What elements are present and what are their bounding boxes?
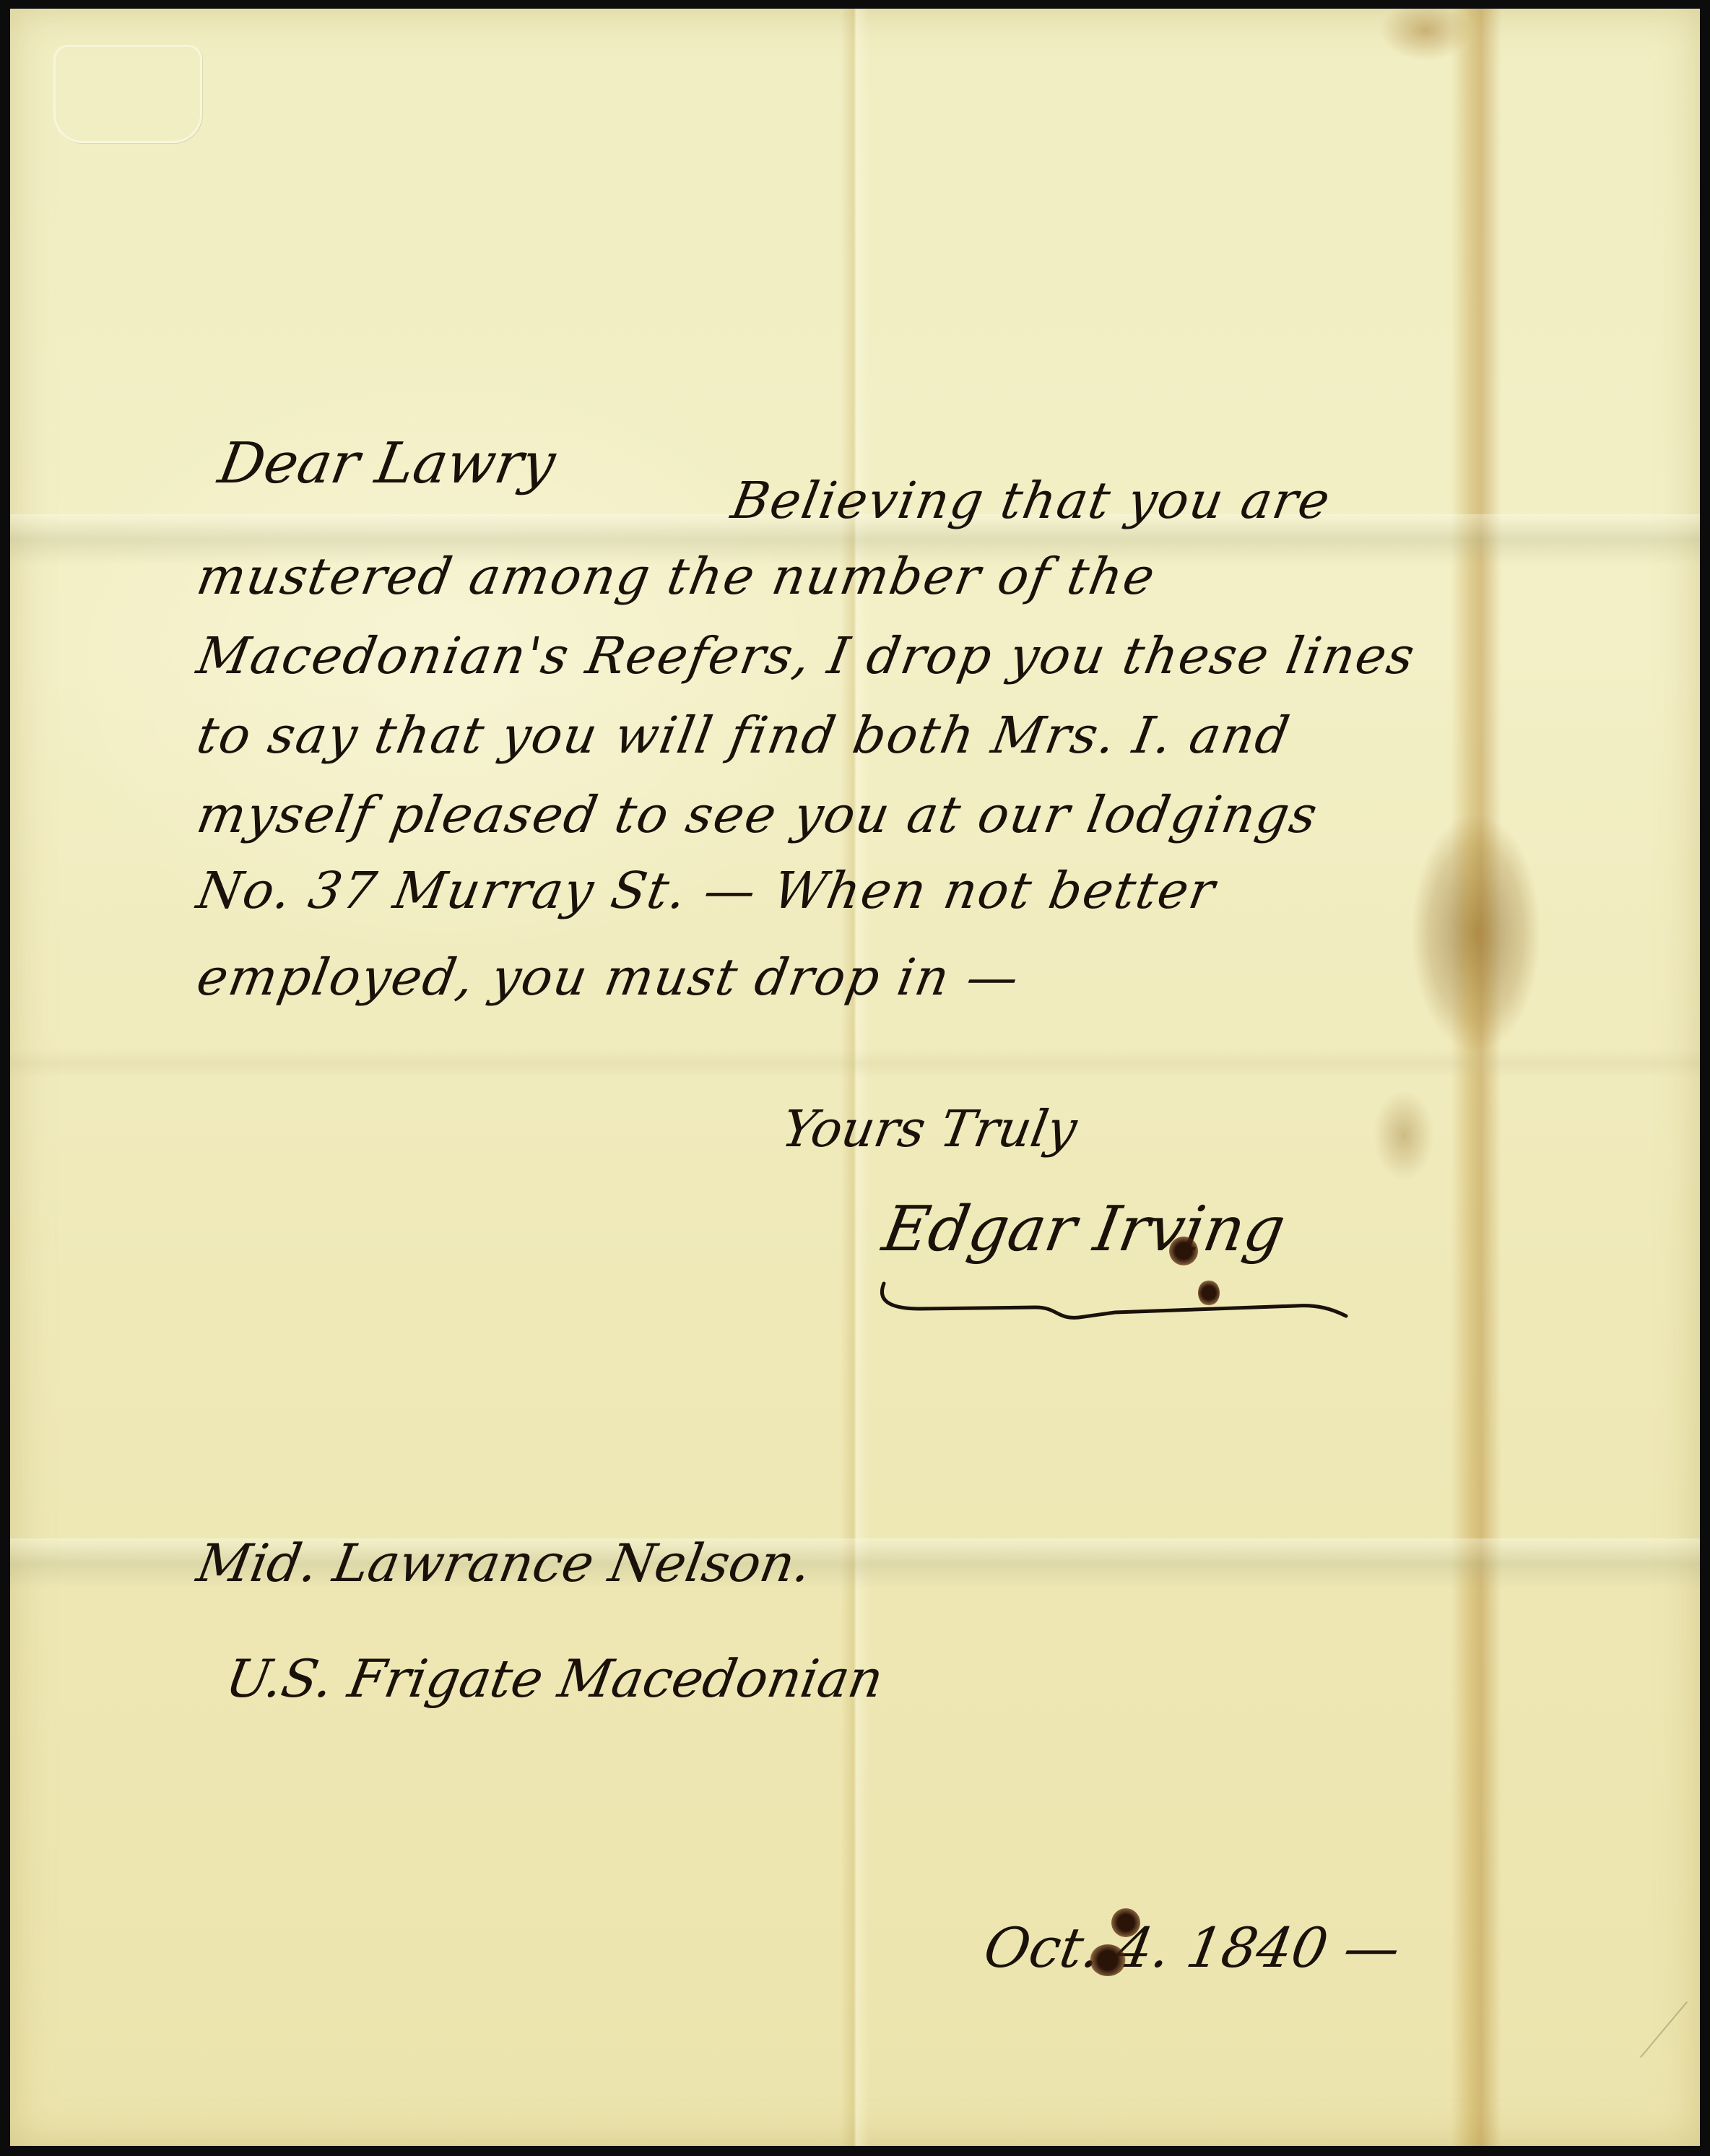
body-line-4: to say that you will find both Mrs. I. a… bbox=[193, 706, 1295, 765]
body-line-5: myself pleased to see you at our lodging… bbox=[193, 785, 1323, 844]
body-line-7: employed, you must drop in — bbox=[193, 948, 1025, 1007]
body-line-1: Believing that you are bbox=[727, 471, 1336, 530]
body-line-6: No. 37 Murray St. — When not better bbox=[193, 861, 1220, 920]
ink-blot bbox=[1090, 1944, 1126, 1976]
salutation: Dear Lawry bbox=[214, 431, 560, 496]
letter-date: Oct. 4. 1840 — bbox=[979, 1915, 1405, 1980]
closing: Yours Truly bbox=[778, 1099, 1082, 1159]
corner-crease bbox=[1640, 2001, 1688, 2058]
embossed-stamp-mark bbox=[53, 45, 202, 143]
horizontal-fold-crease-middle bbox=[10, 1049, 1700, 1078]
body-line-2: mustered among the number of the bbox=[193, 547, 1160, 606]
ink-blot bbox=[1111, 1908, 1140, 1937]
address-recipient: Mid. Lawrance Nelson. bbox=[193, 1533, 817, 1593]
ink-blot bbox=[1198, 1280, 1220, 1306]
signature: Edgar Irving bbox=[877, 1193, 1290, 1265]
letter-paper: Dear Lawry Believing that you are muster… bbox=[10, 9, 1700, 2146]
signature-flourish bbox=[877, 1280, 1368, 1323]
address-ship: U.S. Frigate Macedonian bbox=[222, 1648, 888, 1709]
body-line-3: Macedonian's Reefers, I drop you these l… bbox=[193, 626, 1420, 685]
ink-blot bbox=[1169, 1237, 1198, 1265]
